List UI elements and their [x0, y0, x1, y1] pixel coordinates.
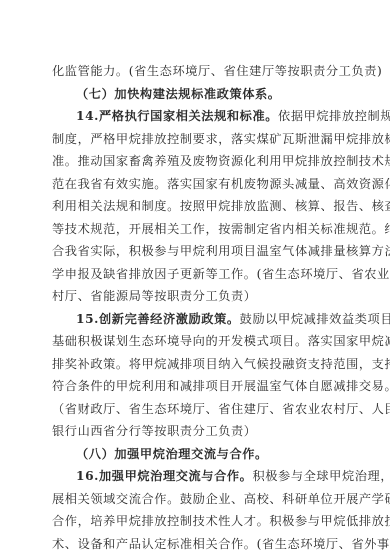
paragraph-line: 准。推动国家畜禽养殖及废物资源化利用甲烷排放控制技术规 — [52, 153, 342, 169]
paragraph-line: 基础积极谋划生态环境导向的开发模式项目。落实国家甲烷减 — [52, 333, 342, 349]
item-14-first-line: 14.严格执行国家相关法规和标准。依据甲烷排放控制规章 — [76, 108, 342, 124]
paragraph-line: 利用相关法规和制度。按照甲烷排放监测、核算、报告、核查 — [52, 198, 342, 214]
section-heading-8: （八）加强甲烷治理交流与合作。 — [76, 446, 268, 462]
document-page: 化监管能力。(省生态环境厅、省住建厅等按职责分工负责) （七）加快构建法规标准政… — [0, 0, 390, 551]
paragraph-line: 展相关领域交流合作。鼓励企业、高校、科研单位开展产学研 — [52, 491, 342, 507]
item-15-text: 鼓励以甲烷减排效益类项目为 — [240, 312, 390, 326]
paragraph-line: 等技术规范，开展相关工作，按需制定省内相关标准规范。结 — [52, 221, 342, 237]
paragraph-line: 化监管能力。(省生态环境厅、省住建厅等按职责分工负责) — [52, 63, 342, 79]
item-14-text: 依据甲烷排放控制规章 — [278, 109, 390, 123]
paragraph-line: 制度，严格甲烷排放控制要求，落实煤矿瓦斯泄漏甲烷排放标 — [52, 131, 342, 147]
paragraph-line: 排奖补政策。将甲烷减排项目纳入气候投融资支持范围，支持 — [52, 356, 342, 372]
paragraph-line: 术、设备和产品认定标准相关合作。(省生态环境厅、省外事办、 — [52, 536, 342, 551]
item-14-title: 14.严格执行国家相关法规和标准。 — [76, 109, 278, 123]
item-16-text: 积极参与全球甲烷治理，开 — [252, 469, 390, 483]
paragraph-line: （省财政厅、省生态环境厅、省住建厅、省农业农村厅、人民 — [52, 401, 342, 417]
paragraph-line: 合作，培养甲烷排放控制技术性人才。积极参与甲烷低排放技 — [52, 513, 342, 529]
item-15-title: 15.创新完善经济激励政策。 — [76, 312, 240, 326]
paragraph-line: 银行山西省分行等按职责分工负责） — [52, 423, 342, 439]
section-heading-7: （七）加快构建法规标准政策体系。 — [76, 86, 281, 102]
paragraph-line: 村厅、省能源局等按职责分工负责） — [52, 288, 342, 304]
paragraph-line: 符合条件的甲烷利用和减排项目开展温室气体自愿减排交易。 — [52, 378, 342, 394]
item-16-first-line: 16.加强甲烷治理交流与合作。积极参与全球甲烷治理，开 — [76, 468, 342, 484]
paragraph-line: 范在我省有效实施。落实国家有机废物源头减量、高效资源化 — [52, 176, 342, 192]
paragraph-line: 学申报及缺省排放因子更新等工作。(省生态环境厅、省农业农 — [52, 266, 342, 282]
item-16-title: 16.加强甲烷治理交流与合作。 — [76, 469, 252, 483]
item-15-first-line: 15.创新完善经济激励政策。鼓励以甲烷减排效益类项目为 — [76, 311, 342, 327]
paragraph-line: 合我省实际，积极参与甲烷利用项目温室气体减排量核算方法 — [52, 243, 342, 259]
